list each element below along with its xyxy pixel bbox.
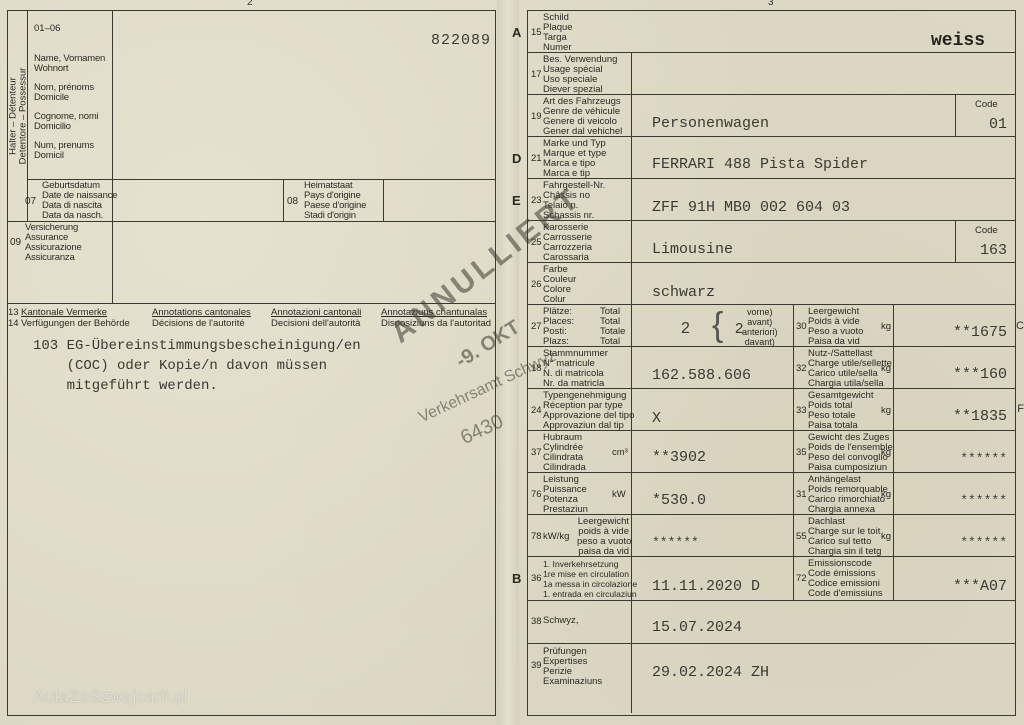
row-26-color: 26 FarbeCouleur ColoreColur schwarz bbox=[528, 263, 1015, 305]
row-18-registry-number: 18 StammnummerN° matricule N. di matrico… bbox=[528, 347, 793, 389]
make-model-value: FERRARI 488 Pista Spider bbox=[652, 156, 868, 173]
row-23-chassis: E 23 Fahrgestell-Nr.Châssis no Telaio n.… bbox=[528, 179, 1015, 221]
row-38-issue-place-date: 38 Schwyz, 15.07.2024 bbox=[528, 601, 1015, 644]
displacement-value: **3902 bbox=[652, 449, 706, 466]
edge-mark-f: F bbox=[1017, 403, 1024, 415]
row-39-inspections: 39 PrüfungenExpertises PerizieExaminaziu… bbox=[528, 644, 1015, 716]
empty-weight-value: **1675 bbox=[953, 324, 1007, 341]
page-marker-left: 2 bbox=[247, 0, 253, 8]
body-value: Limousine bbox=[652, 241, 733, 258]
vehicle-type-code: 01 bbox=[989, 116, 1007, 133]
inspection-value: 29.02.2024 ZH bbox=[652, 664, 769, 681]
row-78-power-weight: 78 kW/kg Leergewichtpoids à vide peso a … bbox=[528, 515, 793, 557]
roof-load-value: ****** bbox=[960, 535, 1007, 550]
holder-side-label: Halter – Détenteur Detentore – Possessur bbox=[8, 11, 28, 221]
row-17-special-use: 17 Bes. VerwendungUsage spécial Uso spec… bbox=[528, 53, 1015, 95]
power-value: *530.0 bbox=[652, 492, 706, 509]
row-55-roof-load: 55 DachlastCharge sur le toit Carico sul… bbox=[793, 515, 1015, 557]
row-35-train-weight: 35 Gewicht des ZugesPoids de l'ensemble … bbox=[793, 431, 1015, 473]
row-72-emission-code: 72 EmissionscodeCode émissions Codice em… bbox=[793, 557, 1015, 601]
row-37-displacement: 37 HubraumCylindrée CilindrataCilindrada… bbox=[528, 431, 793, 473]
emission-code-value: ***A07 bbox=[953, 578, 1007, 595]
issue-date-value: 15.07.2024 bbox=[652, 619, 742, 636]
row-76-power: 76 LeistungPuissance PotenzaPrestaziun k… bbox=[528, 473, 793, 515]
field-07-labels: Geburtsdatum Date de naissance Data di n… bbox=[42, 181, 117, 221]
divider bbox=[8, 221, 495, 222]
row-33-total-weight: 33 GesamtgewichtPoids total Peso totaleP… bbox=[793, 389, 1015, 431]
authority-remark: 103 EG-Übereinstimmungsbescheinigung/en … bbox=[33, 336, 361, 396]
first-registration-value: 11.11.2020 D bbox=[652, 578, 760, 595]
divider bbox=[383, 179, 384, 221]
row-32-payload: 32 Nutz-/SattellastCharge utile/sellette… bbox=[793, 347, 1015, 389]
edge-mark-c: C bbox=[1016, 320, 1024, 332]
row-25-body: 25 KarosserieCarrosserie CarrozzeriaCaro… bbox=[528, 221, 1015, 263]
seats-total-value: 2 bbox=[681, 320, 690, 338]
document-number: 822089 bbox=[431, 32, 491, 49]
vehicle-type-value: Personenwagen bbox=[652, 115, 769, 132]
row-36-first-registration: B 36 1. Inverkehrsetzung1re mise en circ… bbox=[528, 557, 793, 601]
color-value: schwarz bbox=[652, 284, 715, 301]
payload-value: ***160 bbox=[953, 366, 1007, 383]
field-09-number: 09 bbox=[10, 237, 21, 248]
row-24-type-approval: 24 TypengenehmigungRéception par type Ap… bbox=[528, 389, 793, 431]
row-30-empty-weight: 30 LeergewichtPoids à vide Peso a vuotoP… bbox=[793, 305, 1015, 347]
power-weight-value: ****** bbox=[652, 535, 699, 550]
row-31-trailer-load: 31 AnhängelastPoids remorquable Carico r… bbox=[793, 473, 1015, 515]
page-marker-right: 3 bbox=[768, 0, 774, 8]
watermark: AutaZeSzwajcarii.pl bbox=[33, 687, 188, 707]
plate-value: weiss bbox=[931, 31, 985, 51]
divider bbox=[283, 179, 284, 221]
field-01-06-number: 01–06 bbox=[34, 23, 60, 34]
trailer-load-value: ****** bbox=[960, 493, 1007, 508]
row-27-seats: 27 Plätze:Places: Posti:Plazs: TotalTota… bbox=[528, 305, 793, 347]
page-fold bbox=[497, 0, 519, 725]
field-08-number: 08 bbox=[287, 196, 298, 207]
row-21-make-model: D 21 Marke und TypMarque et type Marca e… bbox=[528, 137, 1015, 179]
field-09-labels: Versicherung Assurance Assicurazione Ass… bbox=[25, 223, 82, 263]
field-07-number: 07 bbox=[25, 196, 36, 207]
row-15-plate: A 15 SchildPlaque TargaNumer weiss bbox=[528, 11, 1015, 53]
divider bbox=[112, 11, 113, 303]
type-approval-value: X bbox=[652, 410, 661, 427]
vehicle-page: A 15 SchildPlaque TargaNumer weiss 17 Be… bbox=[527, 10, 1016, 716]
row-19-vehicle-type: 19 Art des FahrzeugsGenre de véhicule Ge… bbox=[528, 95, 1015, 137]
body-code: 163 bbox=[980, 242, 1007, 259]
total-weight-value: **1835 bbox=[953, 408, 1007, 425]
train-weight-value: ****** bbox=[960, 451, 1007, 466]
field-01-06-labels: Name, Vornamen Wohnort Nom, prénoms Domi… bbox=[34, 54, 105, 161]
field-08-labels: Heimatstaat Pays d'origine Paese d'origi… bbox=[304, 181, 366, 221]
chassis-value: ZFF 91H MB0 002 604 03 bbox=[652, 199, 850, 216]
registry-number-value: 162.588.606 bbox=[652, 367, 751, 384]
